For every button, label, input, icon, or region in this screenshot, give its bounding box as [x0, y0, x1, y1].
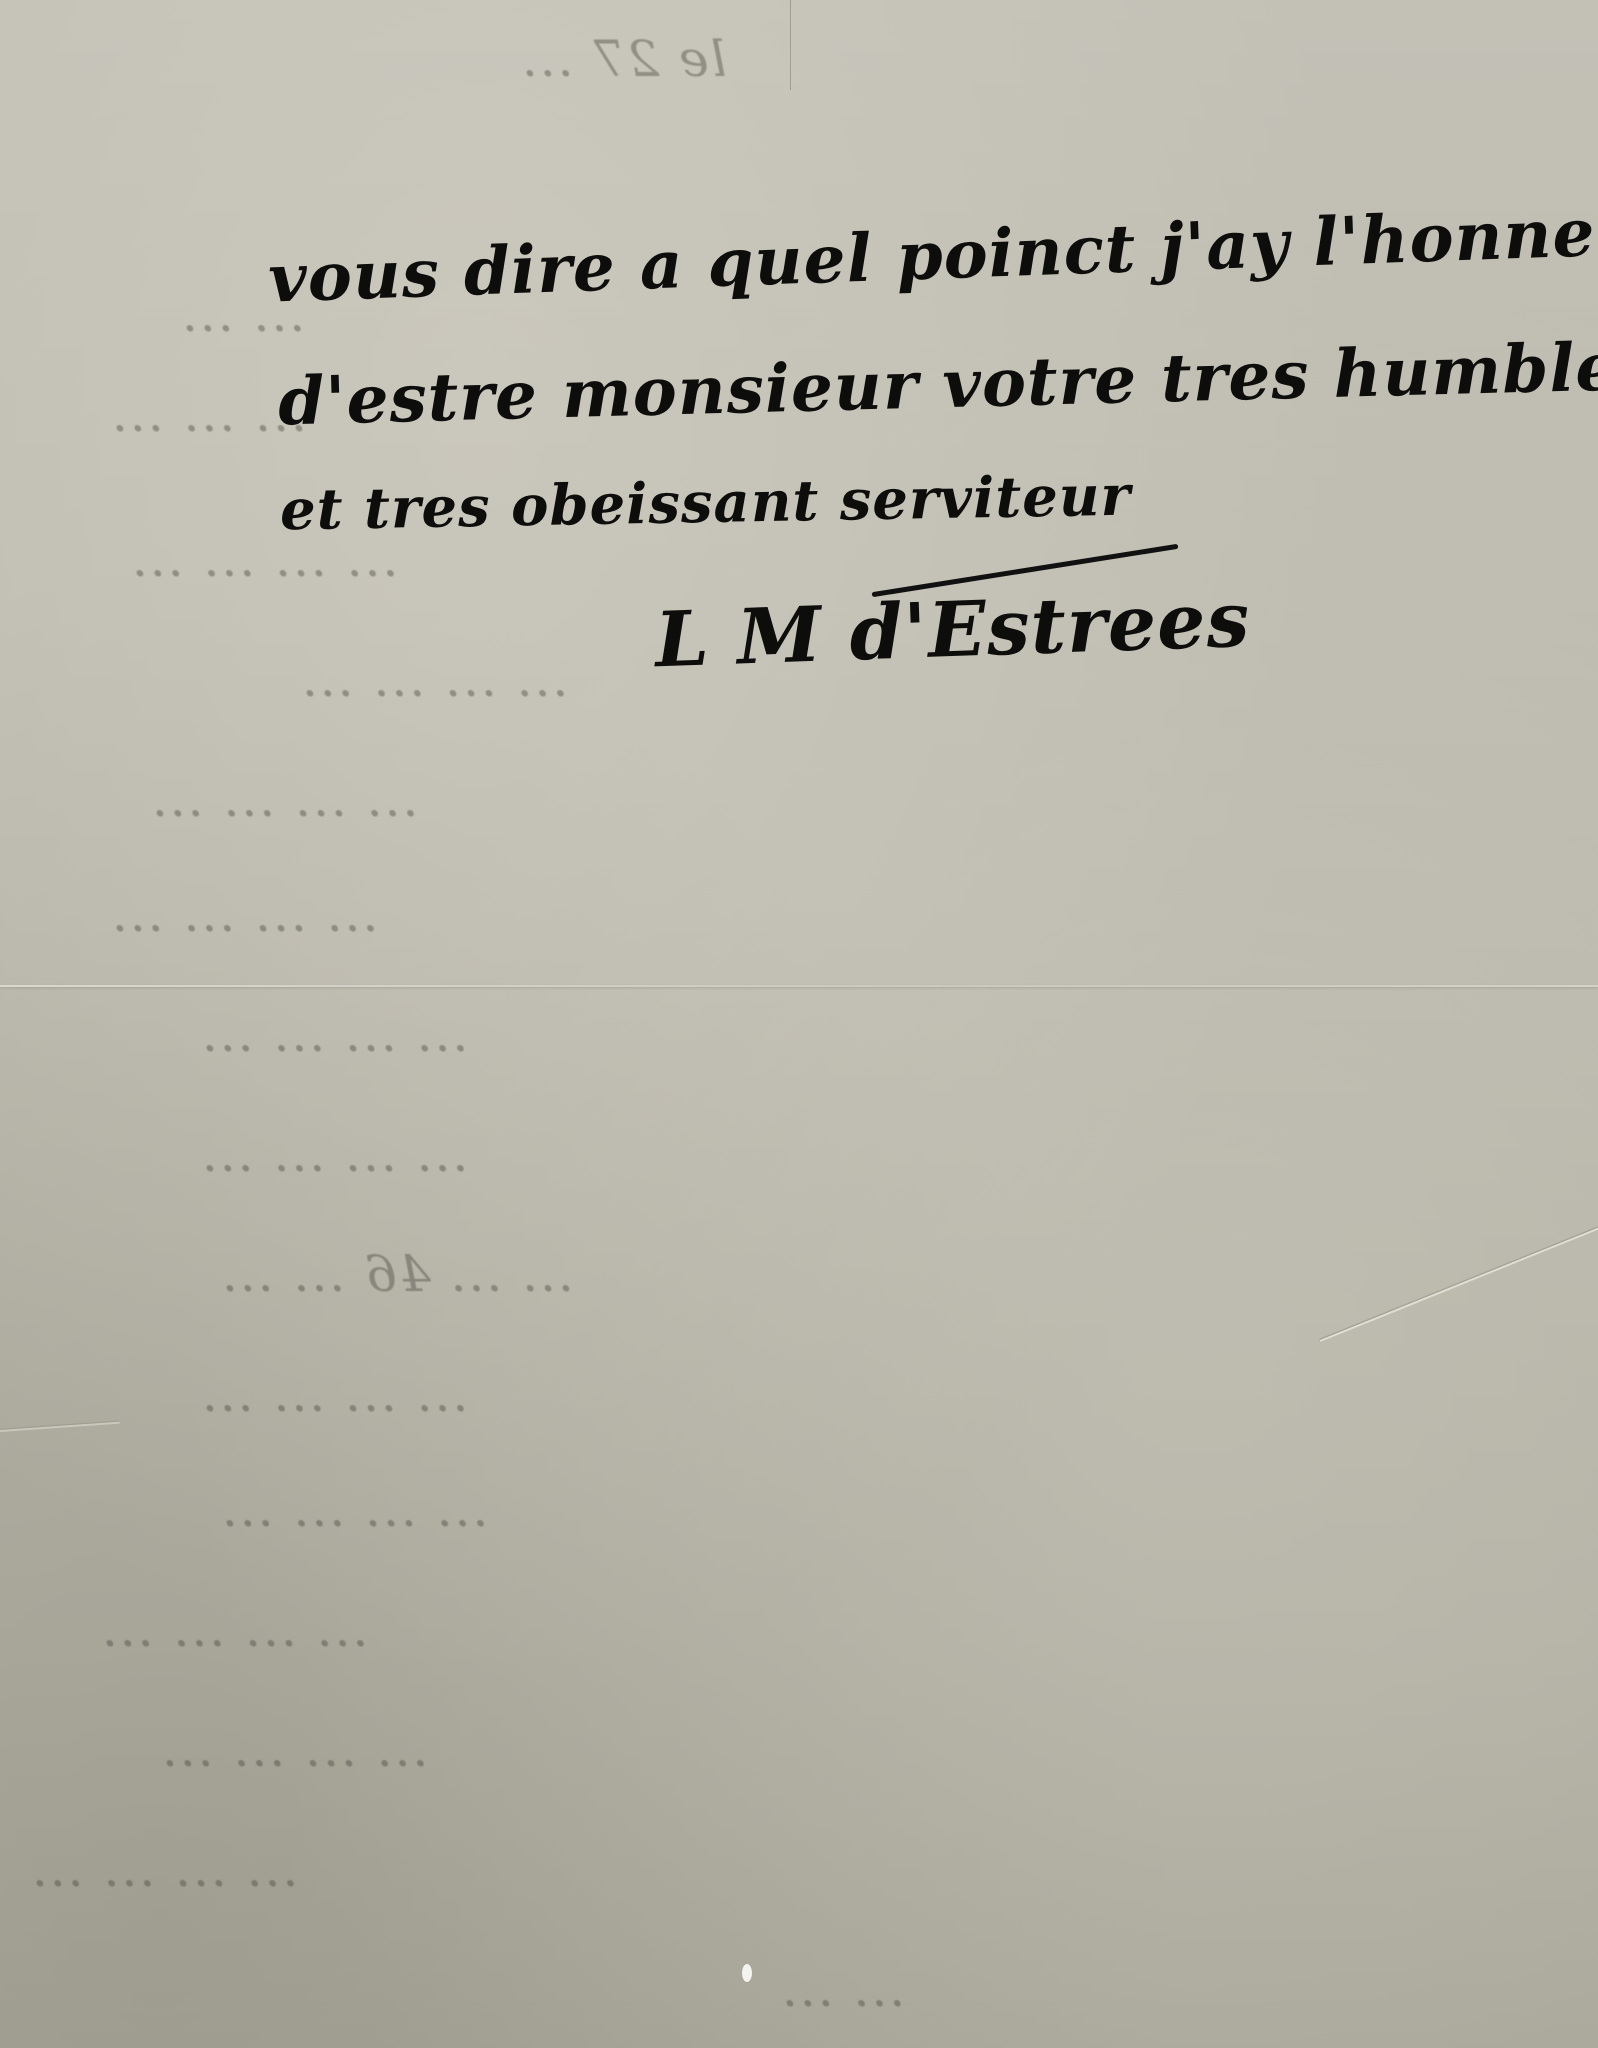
- letter-page: le 27 ... ... ... ... ... ... ... ... ..…: [0, 0, 1598, 2048]
- bleed-through-line: ... ... 46 ... ...: [220, 1245, 574, 1303]
- closing-line-1: vous dire a quel poinct j'ay l'honneur: [267, 190, 1598, 317]
- bleed-through-line: ... ...: [780, 1960, 905, 2018]
- bleed-through-line: ... ... ... ...: [200, 1365, 468, 1423]
- bleed-through-line: le 27 ...: [520, 30, 727, 88]
- closing-line-3: et tres obeissant serviteur: [279, 463, 1131, 544]
- bleed-through-line: ... ... ... ...: [200, 1125, 468, 1183]
- bleed-through-line: ... ... ... ...: [160, 1720, 428, 1778]
- paper-hole: [742, 1964, 752, 1982]
- bleed-through-line: ... ... ... ...: [220, 1480, 488, 1538]
- bleed-through-line: ... ... ... ...: [150, 770, 418, 828]
- signature: L M d'Estrees: [654, 575, 1252, 685]
- paper-crease: [1320, 1228, 1598, 1342]
- closing-line-2: d'estre monsieur votre tres humble: [277, 327, 1598, 440]
- horizontal-fold-line: [0, 985, 1598, 987]
- bleed-through-line: ... ... ... ...: [110, 885, 378, 943]
- bleed-through-line: ... ... ... ...: [300, 650, 568, 708]
- bleed-through-line: ... ... ... ...: [100, 1600, 368, 1658]
- top-tear-line: [790, 0, 791, 90]
- bleed-through-line: ... ... ... ...: [30, 1840, 298, 1898]
- bleed-through-line: ... ... ... ...: [200, 1005, 468, 1063]
- paper-crease-left: [0, 1422, 120, 1432]
